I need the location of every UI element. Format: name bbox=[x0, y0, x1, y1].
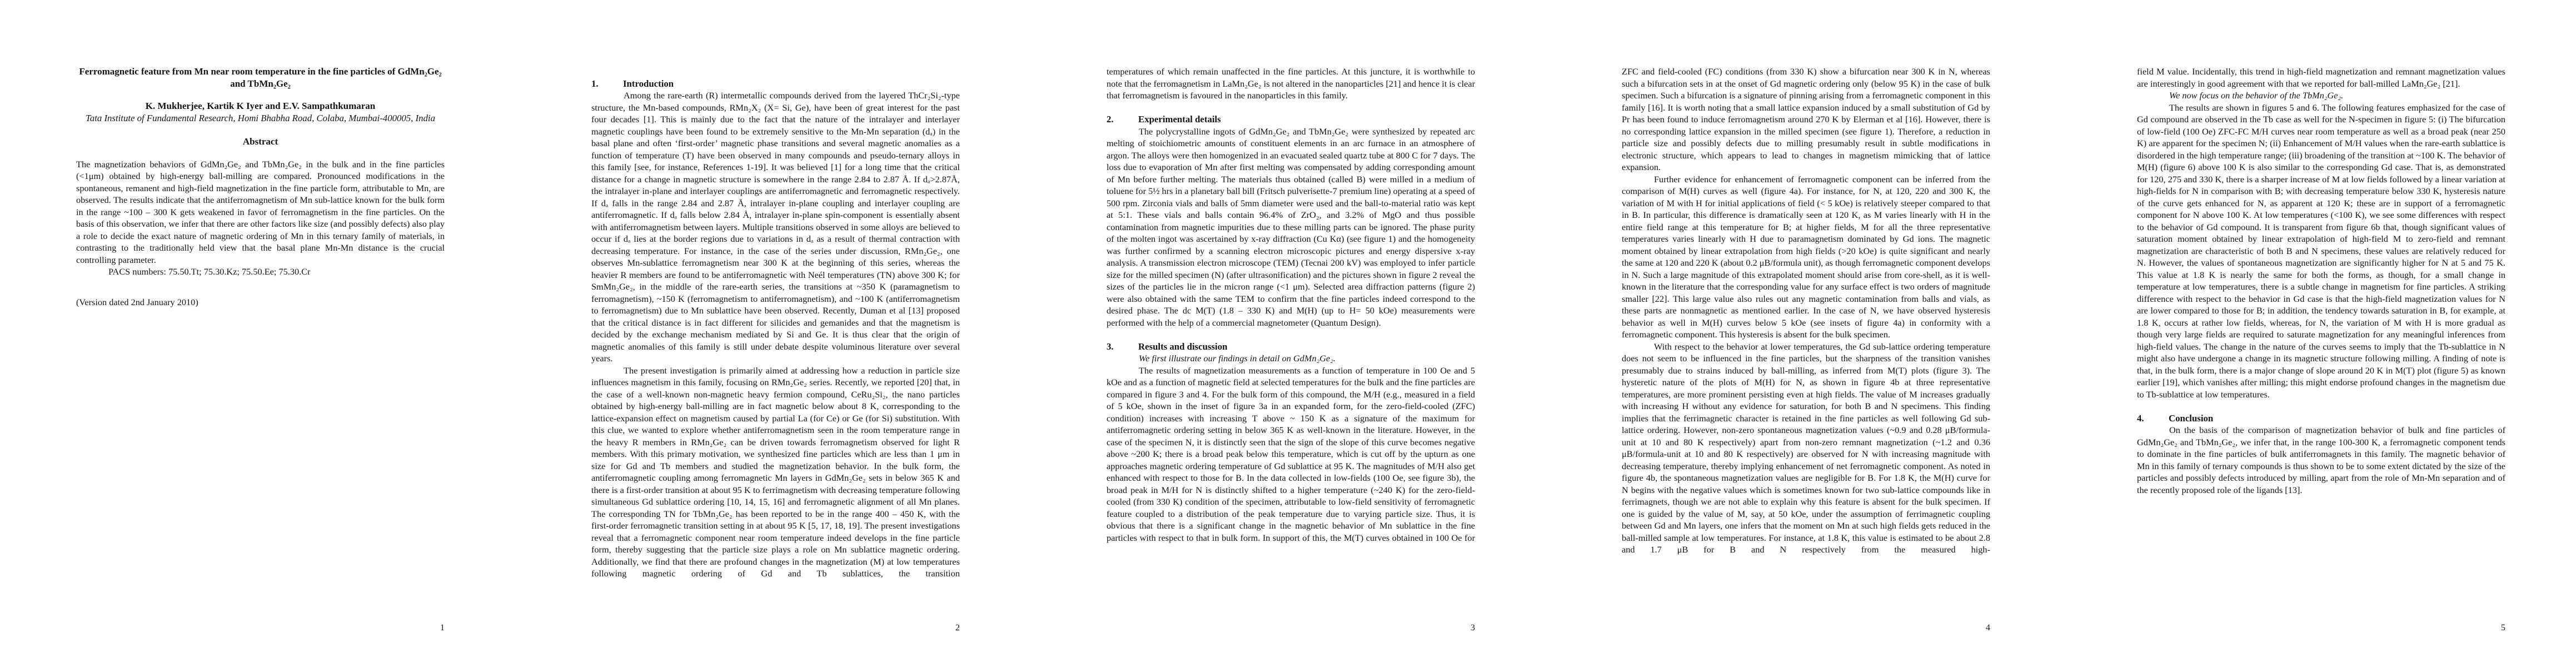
paragraph: The results of magnetization measurement… bbox=[1107, 365, 1475, 544]
paragraph: The present investigation is primarily a… bbox=[591, 365, 960, 580]
paper-title: Ferromagnetic feature from Mn near room … bbox=[76, 66, 445, 89]
abstract-text: The magnetization behaviors of GdMn₂Ge₂ … bbox=[76, 158, 445, 266]
version-line: (Version dated 2nd January 2010) bbox=[76, 296, 445, 308]
section-title: Experimental details bbox=[1138, 114, 1221, 125]
page-number: 4 bbox=[1986, 621, 1990, 634]
paragraph: ZFC and field-cooled (FC) conditions (fr… bbox=[1622, 66, 1990, 173]
section-number: 4. bbox=[2137, 412, 2169, 425]
pacs-line: PACS numbers: 75.50.Tt; 75.30.Kz; 75.50.… bbox=[76, 266, 445, 278]
authors: K. Mukherjee, Kartik K Iyer and E.V. Sam… bbox=[76, 100, 445, 112]
abstract-heading: Abstract bbox=[76, 136, 445, 148]
section-heading-introduction: 1.Introduction bbox=[591, 78, 960, 90]
page: Ferromagnetic feature from Mn near room … bbox=[0, 0, 515, 667]
section-title: Results and discussion bbox=[1138, 341, 1227, 352]
page: field M value. Incidentally, this trend … bbox=[2061, 0, 2576, 667]
italic-lead: We now focus on the behavior of the TbMn… bbox=[2137, 89, 2505, 102]
section-heading-conclusion: 4.Conclusion bbox=[2137, 412, 2505, 425]
paragraph: On the basis of the comparison of magnet… bbox=[2137, 424, 2505, 496]
paragraph: With respect to the behavior at lower te… bbox=[1622, 341, 1990, 556]
section-title: Introduction bbox=[623, 78, 674, 89]
paragraph: Among the rare-earth (R) intermetallic c… bbox=[591, 89, 960, 365]
page-number: 1 bbox=[440, 621, 445, 634]
paragraph: The polycrystalline ingots of GdMn₂Ge₂ a… bbox=[1107, 126, 1475, 329]
section-number: 2. bbox=[1107, 113, 1138, 126]
section-heading-experimental: 2.Experimental details bbox=[1107, 113, 1475, 126]
section-title: Conclusion bbox=[2169, 413, 2213, 424]
section-number: 3. bbox=[1107, 341, 1138, 353]
paragraph: Further evidence for enhancement of ferr… bbox=[1622, 173, 1990, 341]
page: ZFC and field-cooled (FC) conditions (fr… bbox=[1546, 0, 2061, 667]
affiliation: Tata Institute of Fundamental Research, … bbox=[76, 112, 445, 125]
italic-lead: We first illustrate our findings in deta… bbox=[1107, 352, 1475, 365]
page-number: 2 bbox=[955, 621, 960, 634]
document: Ferromagnetic feature from Mn near room … bbox=[0, 0, 2576, 667]
section-number: 1. bbox=[591, 78, 623, 90]
page: temperatures of which remain unaffected … bbox=[1030, 0, 1546, 667]
page-number: 3 bbox=[1471, 621, 1475, 634]
page: 1.IntroductionAmong the rare-earth (R) i… bbox=[515, 0, 1030, 667]
paragraph: The results are shown in figures 5 and 6… bbox=[2137, 102, 2505, 401]
section-heading-results: 3.Results and discussion bbox=[1107, 341, 1475, 353]
paragraph: field M value. Incidentally, this trend … bbox=[2137, 66, 2505, 89]
paragraph: temperatures of which remain unaffected … bbox=[1107, 66, 1475, 102]
page-number: 5 bbox=[2501, 621, 2505, 634]
